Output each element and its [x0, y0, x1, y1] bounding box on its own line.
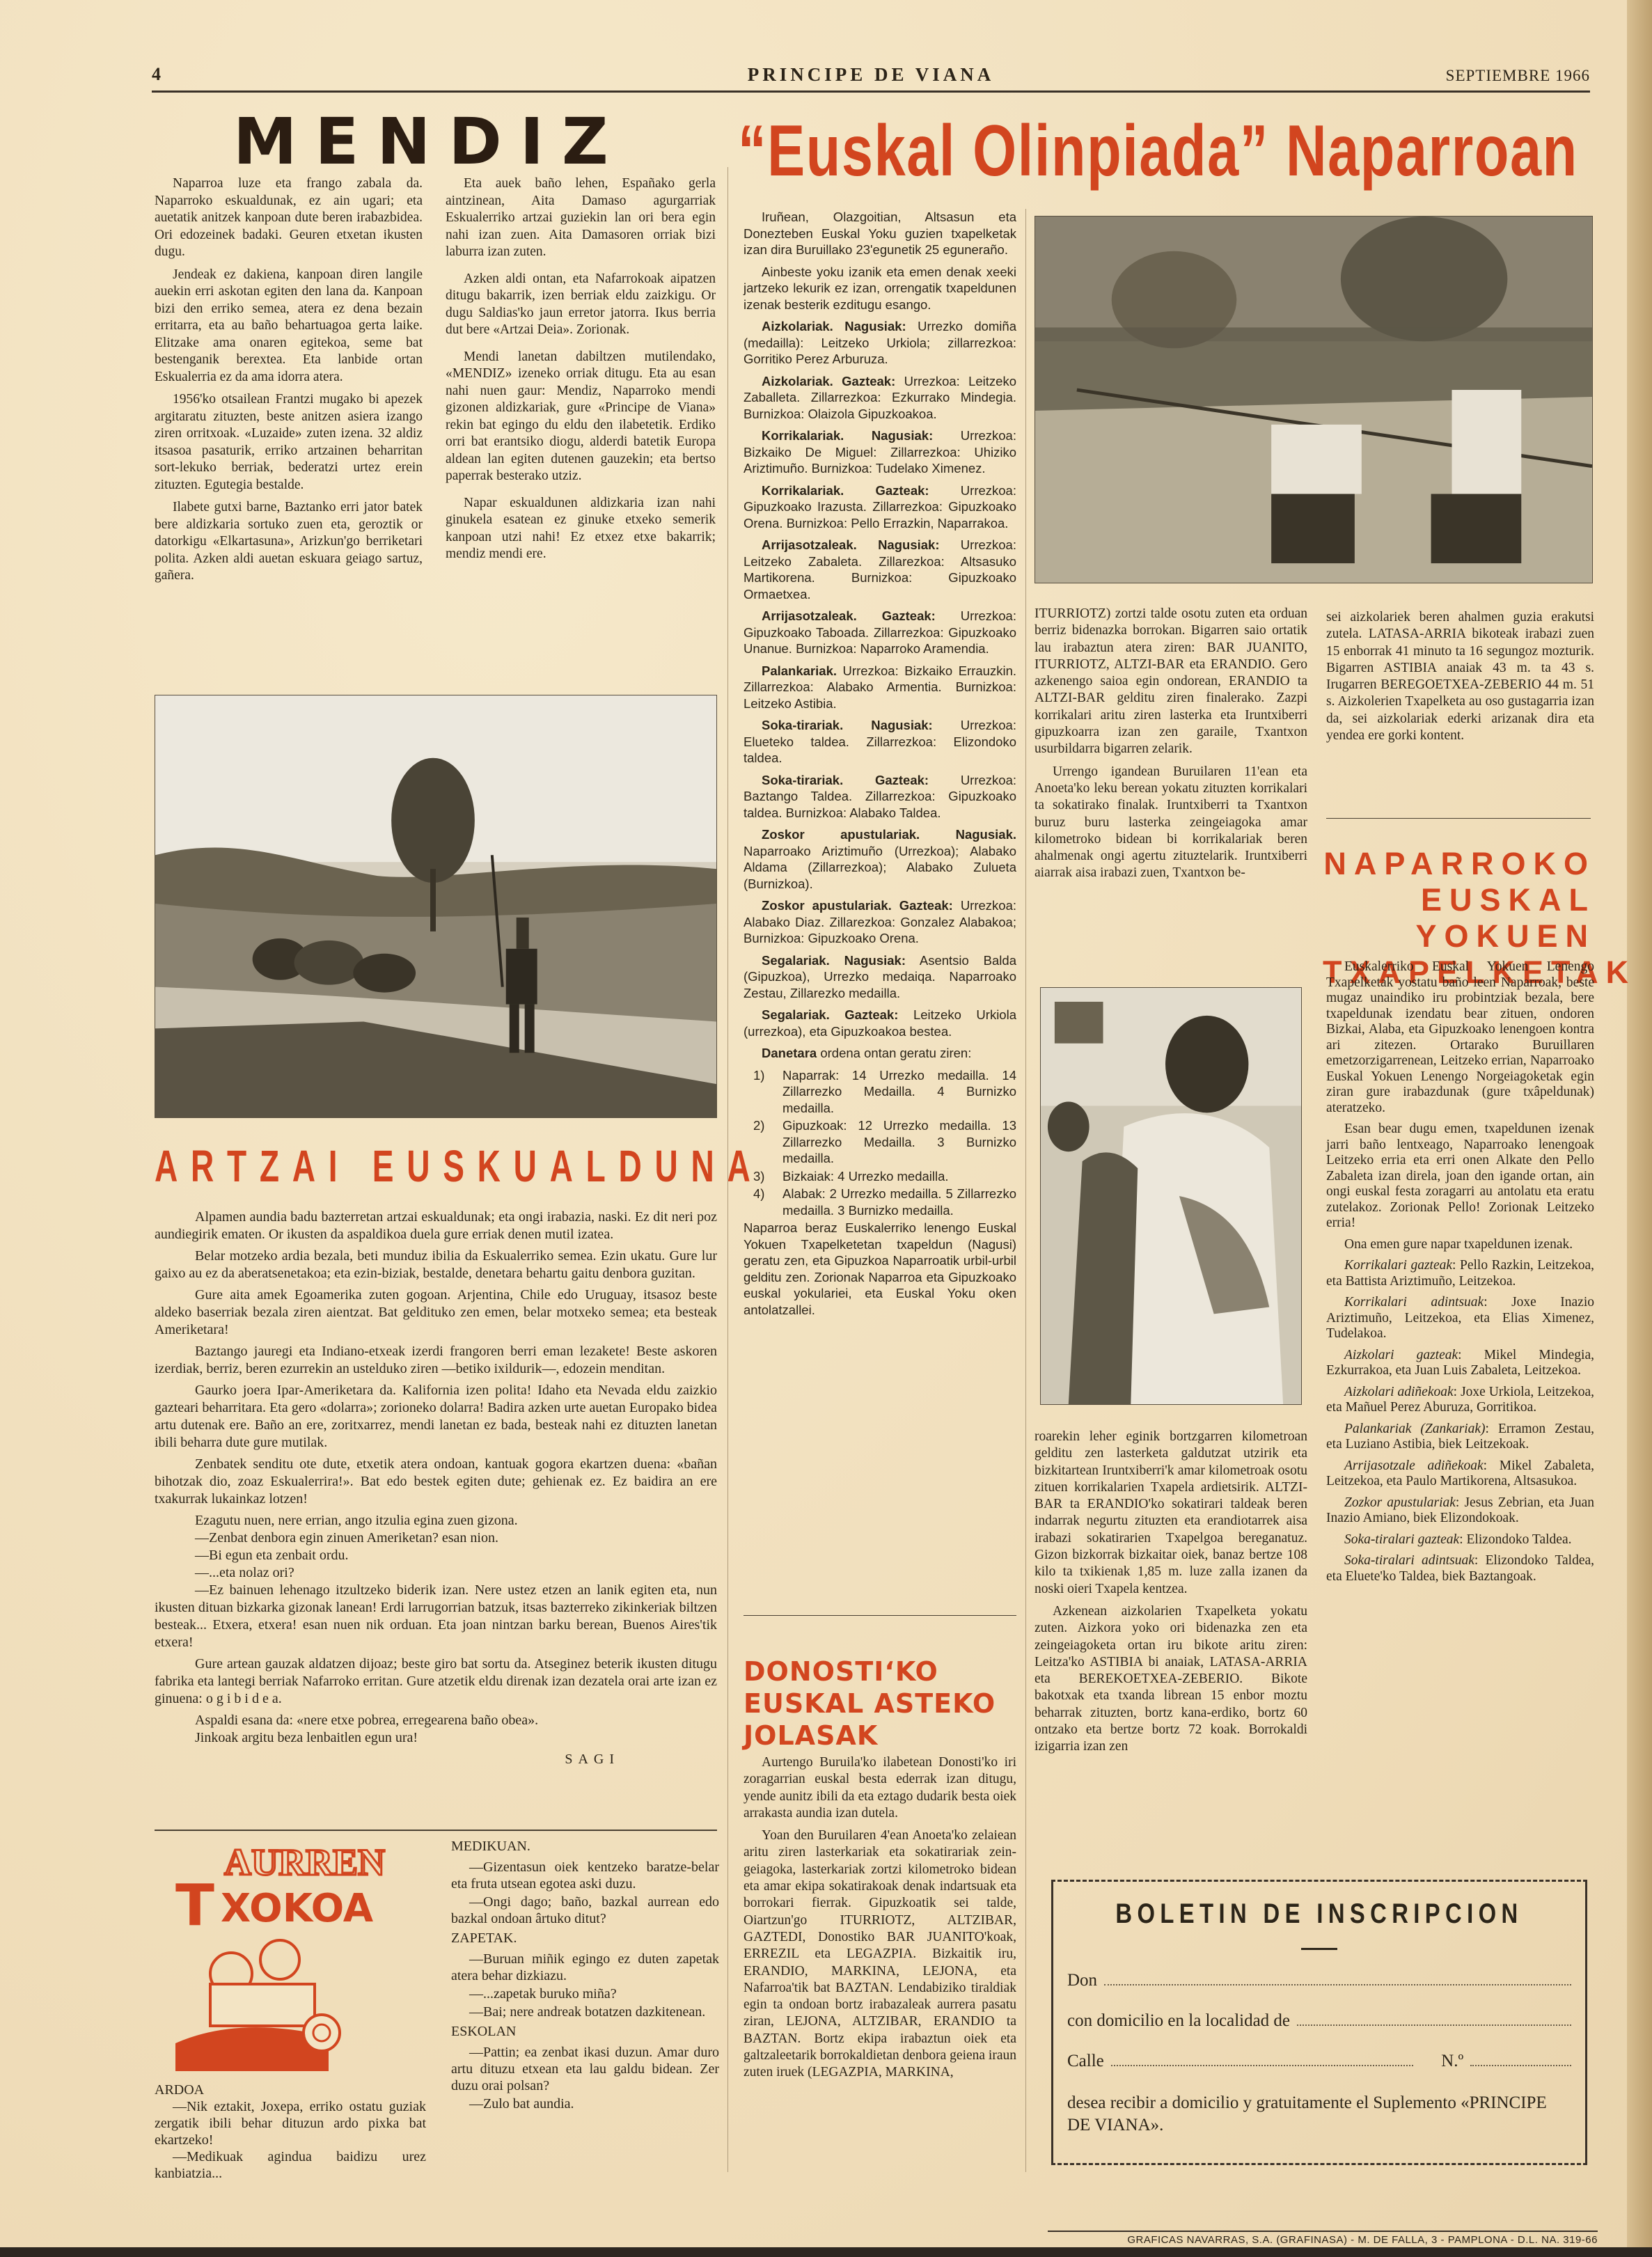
standing-row: 3)Bizkaiak: 4 Urrezko medailla. [744, 1168, 1016, 1185]
result-category: Soka-tirariak. Nagusiak: [762, 718, 933, 732]
paragraph: Ilabete gutxi barne, Baztanko erri jator… [155, 499, 423, 585]
result-item: Soka-tirariak. Gazteak: Urrezkoa: Baztan… [744, 772, 1016, 821]
paragraph: Jinkoak argitu beza lenbaitlen egun ura! [155, 1729, 717, 1747]
result-category: Segalariak. Nagusiak: [762, 953, 906, 968]
result-item: Segalariak. Nagusiak: Asentsio Balda (Gi… [744, 952, 1016, 1002]
page-bottom-edge [0, 2247, 1652, 2257]
paragraph: Belar motzeko ardia bezala, beti munduz … [155, 1248, 717, 1282]
paragraph: Gure artean gauzak aldatzen dijoaz; best… [155, 1656, 717, 1708]
result-item: Soka-tirariak. Nagusiak: Urrezkoa: Eluet… [744, 717, 1016, 766]
champion-category: Soka-tiralari gazteak [1344, 1532, 1459, 1547]
headline-line: EUSKAL ASTEKO [744, 1688, 996, 1720]
paragraph: Ezagutu nuen, nere errian, ango itzulia … [155, 1512, 717, 1529]
rank: 1) [744, 1067, 782, 1117]
artzai-article: Alpamen aundia badu bazterretan artzai e… [155, 1209, 717, 1768]
paragraph: —Bi egun eta zenbait ordu. [155, 1547, 717, 1564]
joke-line: —Buruan miñik egingo ez duten zapetak at… [451, 1951, 719, 1984]
tug-of-war-photo [1035, 216, 1593, 583]
joke-line: —Medikuak agindua baidizu urez kanbiatzi… [155, 2148, 426, 2182]
result-category: Korrikalariak. Nagusiak: [762, 428, 933, 443]
paragraph: Napar eskualdunen aldizkaria izan nahi g… [446, 495, 716, 563]
olinpiada-results-column: Iruñean, Olazgoitian, Altsasun eta Donez… [744, 209, 1016, 1323]
champion-category: Korrikalari gazteak [1344, 1258, 1452, 1273]
result-category: Aizkolariak. Gazteak: [762, 374, 895, 388]
result-category: Arrijasotzaleak. Gazteak: [762, 608, 936, 623]
paragraph: —...eta nolaz ori? [155, 1564, 717, 1582]
headline-line: EUSKAL YOKUEN [1323, 882, 1596, 954]
champion-entry: Aizkolari adiñekoak: Joxe Urkiola, Leitz… [1326, 1385, 1594, 1416]
standing-text: Bizkaiak: 4 Urrezko medailla. [782, 1168, 949, 1185]
header-rule [152, 91, 1590, 93]
page-edge [1627, 0, 1652, 2257]
champion-names: Elizondoko Taldea. [1467, 1532, 1572, 1547]
standing-text: Gipuzkoak: 12 Urrezko medailla. 13 Zilla… [782, 1117, 1016, 1167]
result-item: Korrikalariak. Gazteak: Urrezkoa: Gipuzk… [744, 482, 1016, 532]
numero-label: N.º [1441, 2052, 1463, 2071]
rank: 4) [744, 1186, 782, 1218]
champion-entry: Soka-tiralari adintsuak: Elizondoko Tald… [1326, 1553, 1594, 1584]
champion-entry: Korrikalari gazteak: Pello Razkin, Leitz… [1326, 1258, 1594, 1289]
medal-standings: 1)Naparrak: 14 Urrezko medailla. 14 Zill… [744, 1067, 1016, 1219]
rank: 2) [744, 1117, 782, 1167]
joke-heading: ARDOA [155, 2082, 426, 2098]
numero-field[interactable] [1470, 2065, 1571, 2066]
paragraph: Naparroa beraz Euskalerriko lenengo Eusk… [744, 1220, 1016, 1318]
column-divider [727, 167, 728, 2172]
localidad-label: con domicilio en la localidad de [1067, 2011, 1290, 2031]
printer-imprint: GRAFICAS NAVARRAS, S.A. (GRAFINASA) - M.… [1048, 2231, 1598, 2246]
champion-entry: Palankariak (Zankariak): Erramon Zestau,… [1326, 1422, 1594, 1453]
svg-text:AURREN: AURREN [224, 1841, 385, 1883]
result-item: Korrikalariak. Nagusiak: Urrezkoa: Bizka… [744, 427, 1016, 477]
running-head: 4 PRINCIPE DE VIANA SEPTIEMBRE 1966 [152, 61, 1590, 89]
joke-heading: ZAPETAK. [451, 1930, 719, 1947]
paragraph: Gaurko joera Ipar-Ameriketara da. Kalifo… [155, 1382, 717, 1452]
joke-heading: ESKOLAN [451, 2023, 719, 2040]
result-item: Palankariak. Urrezkoa: Bizkaiko Errauzki… [744, 663, 1016, 712]
result-item: Zoskor apustulariak. Gazteak: Urrezkoa: … [744, 897, 1016, 947]
result-item: Segalariak. Gazteak: Leitzeko Urkiola (u… [744, 1007, 1016, 1039]
result-item: Arrijasotzaleak. Nagusiak: Urrezkoa: Lei… [744, 537, 1016, 602]
photo-illustration [155, 695, 716, 1117]
paragraph: Urrengo igandean Buruilaren 11'ean eta A… [1035, 764, 1307, 882]
headline-line: NAPARROKO [1323, 846, 1596, 882]
paragraph: Alpamen aundia badu bazterretan artzai e… [155, 1209, 717, 1243]
donosti-column-3: sei aizkolariek beren ahalmen guzia erak… [1326, 609, 1594, 750]
paragraph: Mendi lanetan dabiltzen mutilendako, «ME… [446, 349, 716, 485]
paragraph: Ainbeste yoku izanik eta emen denak xeek… [744, 264, 1016, 313]
don-field[interactable] [1104, 1984, 1571, 1985]
standing-row: 2)Gipuzkoak: 12 Urrezko medailla. 13 Zil… [744, 1117, 1016, 1167]
result-category: Zoskor apustulariak. Nagusiak. [762, 827, 1016, 842]
form-row-don: Don [1067, 1971, 1571, 1990]
joke-ardoa: ARDOA —Nik eztakit, Joxepa, erriko ostat… [155, 2082, 426, 2187]
mendiz-column-1: Naparroa luze eta frango zabala da. Napa… [155, 175, 423, 590]
champion-category: Palankariak (Zankariak) [1344, 1422, 1486, 1436]
champion-category: Aizkolari adiñekoak [1344, 1385, 1454, 1399]
svg-text:XOKOA: XOKOA [221, 1886, 374, 1931]
champion-category: Aizkolari gazteak [1344, 1348, 1458, 1362]
svg-text:T: T [175, 1873, 214, 1939]
calle-label: Calle [1067, 2052, 1104, 2071]
headline-line: DONOSTI‘KO [744, 1656, 996, 1688]
paragraph: sei aizkolariek beren ahalmen guzia erak… [1326, 609, 1594, 744]
paragraph: Jendeak ez dakiena, kanpoan diren langil… [155, 267, 423, 386]
champion-category: Soka-tiralari adintsuak [1344, 1553, 1474, 1568]
result-category: Palankariak. [762, 663, 837, 678]
result-text: ordena ontan geratu ziren: [820, 1046, 971, 1060]
paragraph: Gure aita amek Egoamerika zuten gogoan. … [155, 1287, 717, 1339]
rank: 3) [744, 1168, 782, 1185]
paragraph: roarekin leher eginik bortzgarren kilome… [1035, 1429, 1307, 1598]
paragraph: 1956'ko otsailean Frantzi mugako bi apez… [155, 391, 423, 494]
mendiz-headline: MENDIZ [233, 104, 627, 179]
champion-entry: Korrikalari adintsuak: Joxe Inazio Arizt… [1326, 1295, 1594, 1342]
photo-illustration [1041, 988, 1301, 1404]
champion-entry: Arrijasotzale adiñekoak: Mikel Zabaleta,… [1326, 1458, 1594, 1490]
champion-category: Zozkor apustulariak [1344, 1495, 1456, 1510]
paragraph: Yoan den Buruilaren 4'ean Anoeta'ko zela… [744, 1827, 1016, 2081]
champion-category: Arrijasotzale adiñekoak [1344, 1458, 1484, 1473]
result-item: Zoskor apustulariak. Nagusiak. Naparroak… [744, 826, 1016, 892]
joke-line: —...zapetak buruko miña? [451, 1985, 719, 2002]
paragraph: Iruñean, Olazgoitian, Altsasun eta Donez… [744, 209, 1016, 258]
donosti-headline: DONOSTI‘KO EUSKAL ASTEKO JOLASAK [744, 1656, 996, 1752]
paragraph: Aurtengo Buruila'ko ilabetean Donosti'ko… [744, 1754, 1016, 1822]
newspaper-page: 4 PRINCIPE DE VIANA SEPTIEMBRE 1966 MEND… [0, 0, 1652, 2257]
form-row-calle: Calle N.º [1067, 2052, 1571, 2071]
result-item: Aizkolariak. Gazteak: Urrezkoa: Leitzeko… [744, 373, 1016, 423]
paragraph: Eta auek baño lehen, Españako gerla aint… [446, 175, 716, 261]
paragraph: —Ez bainuen lehenago itzultzeko biderik … [155, 1582, 717, 1651]
joke-line: —Ongi dago; baño, bazkal aurrean edo baz… [451, 1894, 719, 1927]
donosti-column-1: Aurtengo Buruila'ko ilabetean Donosti'ko… [744, 1754, 1016, 2087]
result-category: Arrijasotzaleak. Nagusiak: [762, 537, 939, 552]
champion-entry: Aizkolari gazteak: Mikel Mindegia, Ezkur… [1326, 1348, 1594, 1379]
result-category: Soka-tirariak. Gazteak: [762, 773, 929, 787]
mendiz-column-2: Eta auek baño lehen, Españako gerla aint… [446, 175, 716, 569]
result-text: Naparroako Ariztimuño (Urrezkoa); Alabak… [744, 844, 1016, 891]
result-item: Aizkolariak. Nagusiak: Urrezko domiña (m… [744, 318, 1016, 368]
paragraph: Naparroa luze eta frango zabala da. Napa… [155, 175, 423, 261]
shepherd-with-oxcart-photo [155, 695, 717, 1118]
result-item: Arrijasotzaleak. Gazteak: Urrezkoa: Gipu… [744, 608, 1016, 657]
result-summary: Danetara ordena ontan geratu ziren: [744, 1045, 1016, 1062]
children-reading-illustration: AURREN T XOKOA [162, 1834, 433, 2075]
form-title: BOLETIN DE INSCRIPCION [1112, 1898, 1526, 1930]
paragraph: —Zenbat denbora egin zinuen Ameriketan? … [155, 1529, 717, 1547]
author-signature: SAGI [155, 1751, 620, 1768]
result-category: Korrikalariak. Gazteak: [762, 483, 929, 498]
form-row-localidad: con domicilio en la localidad de [1067, 2011, 1571, 2031]
joke-line: —Pattin; ea zenbat ikasi duzun. Amar dur… [451, 2044, 719, 2094]
localidad-field[interactable] [1297, 2024, 1571, 2026]
joke-line: —Nik eztakit, Joxepa, erriko ostatu guzi… [155, 2098, 426, 2148]
column-divider [1025, 209, 1026, 2172]
calle-field[interactable] [1111, 2065, 1413, 2066]
jokes-column: MEDIKUAN. —Gizentasun oiek kentzeko bara… [451, 1838, 719, 2118]
olinpiada-headline: “Euskal Olinpiada” Naparroan [738, 110, 1403, 193]
standing-row: 1)Naparrak: 14 Urrezko medailla. 14 Zill… [744, 1067, 1016, 1117]
section-divider [155, 1830, 717, 1831]
masthead: PRINCIPE DE VIANA [152, 64, 1590, 86]
don-label: Don [1067, 1971, 1097, 1990]
standing-text: Naparrak: 14 Urrezko medailla. 14 Zillar… [782, 1067, 1016, 1117]
paragraph: Euskalerriko Euskal Yokuen Lenengo Txape… [1326, 959, 1594, 1116]
title-underline [1301, 1948, 1337, 1950]
artzai-headline: ARTZAI EUSKUALDUNA [155, 1140, 560, 1192]
section-divider [1326, 818, 1591, 819]
naparroko-article: Euskalerriko Euskal Yokuen Lenengo Txape… [1326, 959, 1594, 1590]
paragraph: Esan bear dugu emen, txapeldunen izenak … [1326, 1122, 1594, 1232]
result-category: Segalariak. Gazteak: [762, 1007, 898, 1022]
standing-row: 4)Alabak: 2 Urrezko medailla. 5 Zillarre… [744, 1186, 1016, 1218]
champion-category: Korrikalari adintsuak [1344, 1295, 1484, 1310]
paragraph: Baztango jauregi eta Indiano-etxeak izer… [155, 1343, 717, 1378]
paragraph: Zenbatek senditu ote dute, etxetik atera… [155, 1456, 717, 1508]
paragraph: Azkenean aizkolarien Txapelketa yokatu z… [1035, 1603, 1307, 1756]
result-category: Aizkolariak. Nagusiak: [762, 319, 906, 333]
issue-date: SEPTIEMBRE 1966 [1446, 67, 1590, 85]
joke-line: —Zulo bat aundia. [451, 2095, 719, 2112]
result-category: Zoskor apustulariak. Gazteak: [762, 898, 953, 913]
paragraph: ITURRIOTZ) zortzi talde osotu zuten eta … [1035, 606, 1307, 758]
donosti-column-2-bottom: roarekin leher eginik bortzgarren kilome… [1035, 1429, 1307, 1761]
standing-text: Alabak: 2 Urrezko medailla. 5 Zillarrezk… [782, 1186, 1016, 1218]
champion-entry: Zozkor apustulariak: Jesus Zebrian, eta … [1326, 1495, 1594, 1527]
paragraph: Aspaldi esana da: «nere etxe pobrea, err… [155, 1712, 717, 1729]
paragraph: Ona emen gure napar txapeldunen izenak. [1326, 1237, 1594, 1253]
photo-illustration [1035, 217, 1592, 583]
champion-entry: Soka-tiralari gazteak: Elizondoko Taldea… [1326, 1532, 1594, 1548]
competitor-portrait-photo [1040, 987, 1302, 1405]
joke-line: —Gizentasun oiek kentzeko baratze-belar … [451, 1859, 719, 1892]
form-text: desea recibir a domicilio y gratuitament… [1067, 2092, 1571, 2137]
paragraph: Azken aldi ontan, eta Nafarrokoak aipatz… [446, 271, 716, 339]
headline-line: JOLASAK [744, 1720, 996, 1752]
joke-heading: MEDIKUAN. [451, 1838, 719, 1855]
subscription-form: BOLETIN DE INSCRIPCION Don con domicilio… [1051, 1880, 1587, 2165]
section-divider [744, 1615, 1016, 1616]
donosti-column-2-top: ITURRIOTZ) zortzi talde osotu zuten eta … [1035, 606, 1307, 888]
joke-line: —Bai; nere andreak botatzen dazkitenean. [451, 2004, 719, 2020]
result-category: Danetara [762, 1046, 817, 1060]
aurren-txokoa-logo: AURREN T XOKOA [162, 1834, 433, 2075]
